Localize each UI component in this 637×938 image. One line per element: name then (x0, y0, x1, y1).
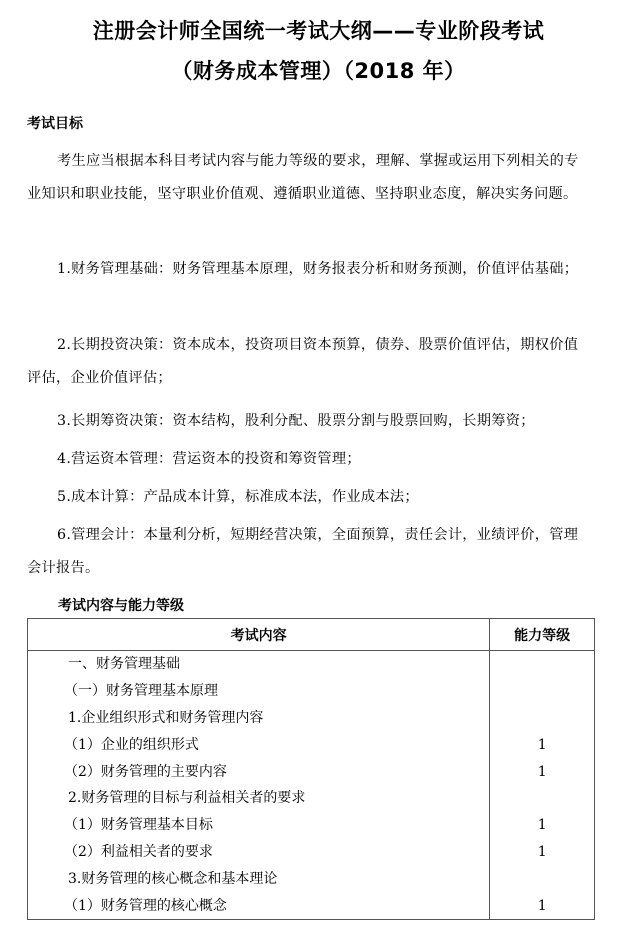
document-subtitle: （财务成本管理）（2018 年） (0, 56, 637, 86)
content-cell: 3.财务管理的核心概念和基本理论 (28, 865, 490, 892)
level-cell: 1 (490, 812, 595, 839)
table-row: 2.财务管理的目标与利益相关者的要求 (28, 785, 595, 812)
exam-goal-intro: 考生应当根据本科目考试内容与能力等级的要求，理解、掌握或运用下列相关的专业知识和… (27, 145, 587, 211)
table-row: 3.财务管理的核心概念和基本理论 (28, 865, 595, 892)
table-row: （2）利益相关者的要求 1 (28, 839, 595, 866)
column-header-content: 考试内容 (28, 619, 490, 651)
content-cell: （一）财务管理基本原理 (28, 678, 490, 705)
table-row: （1）财务管理的核心概念 1 (28, 892, 595, 919)
table-row: 1.企业组织形式和财务管理内容 (28, 705, 595, 732)
exam-goal-item: 5.成本计算：产品成本计算，标准成本法，作业成本法； (27, 481, 587, 514)
exam-goal-item-text: 5.成本计算：产品成本计算，标准成本法，作业成本法； (57, 489, 419, 505)
level-cell: 1 (490, 731, 595, 758)
exam-content-table: 考试内容 能力等级 一、财务管理基础 （一）财务管理基本原理 1.企业组织形式和… (27, 618, 595, 920)
table-row: （1）财务管理基本目标 1 (28, 812, 595, 839)
exam-goal-item: 3.长期筹资决策：资本结构，股利分配、股票分割与股票回购，长期筹资； (27, 405, 587, 438)
content-cell: （1）财务管理基本目标 (28, 812, 490, 839)
exam-goal-heading: 考试目标 (27, 114, 83, 134)
content-cell: 一、财务管理基础 (28, 651, 490, 678)
content-cell: 2.财务管理的目标与利益相关者的要求 (28, 785, 490, 812)
table-row: （2）财务管理的主要内容 1 (28, 758, 595, 785)
exam-goal-item: 6.管理会计：本量利分析，短期经营决策，全面预算，责任会计，业绩评价，管理会计报… (27, 519, 587, 585)
content-cell: （2）利益相关者的要求 (28, 839, 490, 866)
exam-goal-item-text: 2.长期投资决策：资本成本，投资项目资本预算，债券、股票价值评估，期权价值评估，… (27, 337, 578, 386)
content-cell: （2）财务管理的主要内容 (28, 758, 490, 785)
table-row: （一）财务管理基本原理 (28, 678, 595, 705)
exam-goal-item-text: 3.长期筹资决策：资本结构，股利分配、股票分割与股票回购，长期筹资； (57, 413, 535, 429)
level-cell: 1 (490, 839, 595, 866)
content-section-heading: 考试内容与能力等级 (58, 596, 184, 616)
exam-goal-item: 2.长期投资决策：资本成本，投资项目资本预算，债券、股票价值评估，期权价值评估，… (27, 329, 587, 395)
exam-goal-intro-text: 考生应当根据本科目考试内容与能力等级的要求，理解、掌握或运用下列相关的专业知识和… (27, 153, 579, 202)
document-title: 注册会计师全国统一考试大纲——专业阶段考试 (0, 16, 637, 46)
level-cell (490, 785, 595, 812)
exam-goal-item-text: 1.财务管理基础：财务管理基本原理，财务报表分析和财务预测，价值评估基础； (57, 261, 578, 277)
table-row: 一、财务管理基础 (28, 651, 595, 678)
content-cell: （1）财务管理的核心概念 (28, 892, 490, 919)
level-cell (490, 865, 595, 892)
level-cell (490, 705, 595, 732)
exam-goal-item-text: 4.营运资本管理：营运资本的投资和筹资管理； (57, 451, 361, 467)
level-cell (490, 651, 595, 678)
table-header-row: 考试内容 能力等级 (28, 619, 595, 651)
exam-goal-item: 1.财务管理基础：财务管理基本原理，财务报表分析和财务预测，价值评估基础； (27, 253, 587, 286)
level-cell (490, 678, 595, 705)
column-header-level: 能力等级 (490, 619, 595, 651)
content-cell: （1）企业的组织形式 (28, 731, 490, 758)
exam-goal-item: 4.营运资本管理：营运资本的投资和筹资管理； (27, 443, 587, 476)
exam-goal-item-text: 6.管理会计：本量利分析，短期经营决策，全面预算，责任会计，业绩评价，管理会计报… (27, 527, 578, 576)
level-cell: 1 (490, 892, 595, 919)
table-row: （1）企业的组织形式 1 (28, 731, 595, 758)
content-cell: 1.企业组织形式和财务管理内容 (28, 705, 490, 732)
level-cell: 1 (490, 758, 595, 785)
